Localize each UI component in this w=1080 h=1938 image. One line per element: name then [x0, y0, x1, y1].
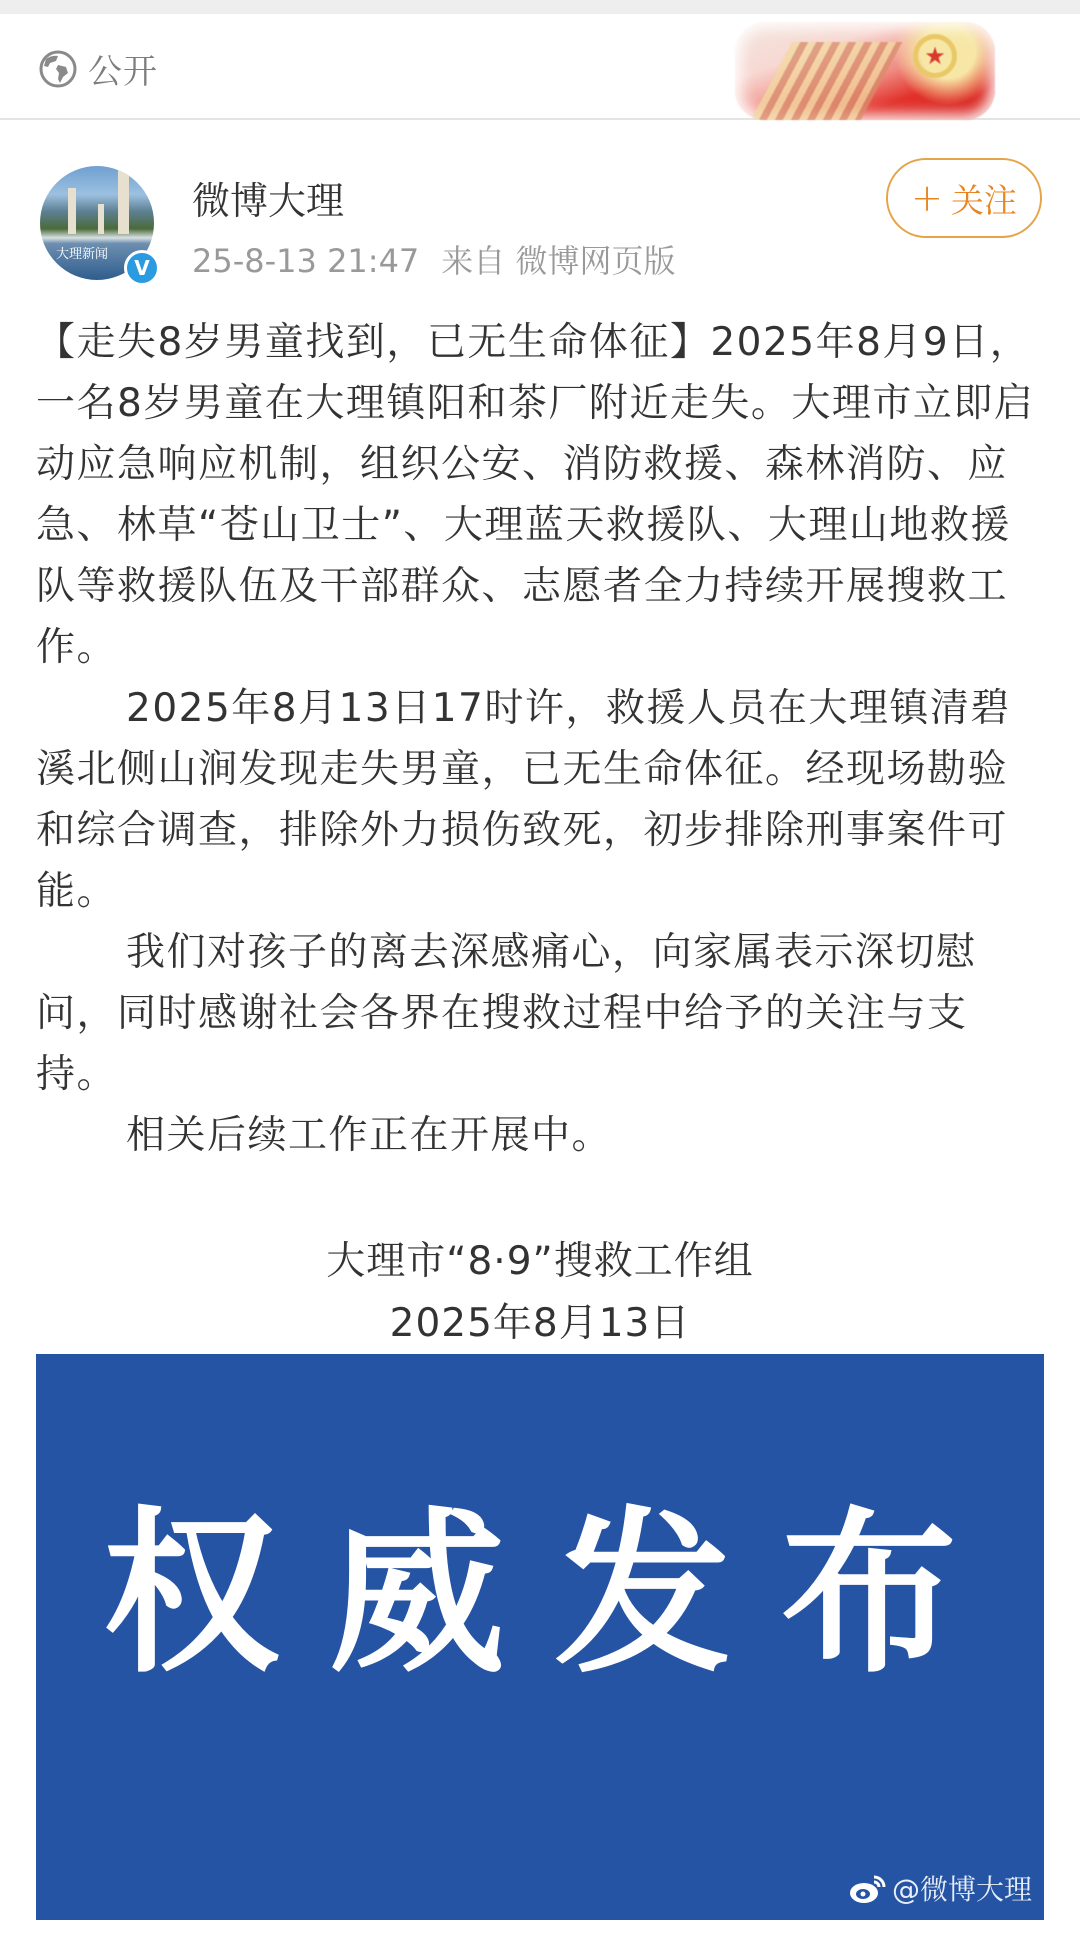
verified-badge-icon: V	[124, 250, 160, 286]
visibility-label: 公开	[88, 44, 158, 93]
pagoda-graphic	[118, 170, 129, 234]
image-title: 权威发布	[36, 1494, 1044, 1694]
top-strip	[0, 0, 1080, 14]
author-header: 大理新闻 V 微博大理 25-8-13 21:47来自 微博网页版 + 关注	[40, 166, 1040, 286]
watermark-text: @微博大理	[892, 1868, 1032, 1908]
emblem-star-icon: ★	[913, 34, 957, 78]
post-paragraph: 2025年8月13日17时许，救援人员在大理镇清碧溪北侧山涧发现走失男童，已无生…	[36, 678, 1046, 922]
post-paragraph: 相关后续工作正在开展中。	[36, 1105, 1046, 1166]
signoff-organization: 大理市“8·9”搜救工作组	[0, 1230, 1080, 1286]
post-image[interactable]: 权威发布 @微博大理	[36, 1354, 1044, 1920]
signoff-date: 2025年8月13日	[0, 1292, 1080, 1348]
globe-icon	[38, 49, 78, 89]
weibo-logo-icon	[848, 1871, 888, 1905]
author-name[interactable]: 微博大理	[192, 170, 344, 225]
pagoda-graphic	[98, 204, 104, 234]
image-watermark: @微博大理	[848, 1868, 1032, 1908]
visibility-indicator[interactable]: 公开	[38, 44, 158, 93]
post-source: 来自 微博网页版	[441, 242, 675, 280]
plus-icon: +	[911, 176, 943, 220]
post-timestamp: 25-8-13 21:47	[192, 242, 419, 280]
avatar-caption: 大理新闻	[56, 243, 108, 262]
post-paragraph: 我们对孩子的离去深感痛心，向家属表示深切慰问，同时感谢社会各界在搜救过程中给予的…	[36, 922, 1046, 1105]
follow-button[interactable]: + 关注	[886, 158, 1042, 238]
post-text: 【走失8岁男童找到，已无生命体征】2025年8月9日，一名8岁男童在大理镇阳和茶…	[36, 312, 1046, 1166]
post-meta: 25-8-13 21:47来自 微博网页版	[192, 236, 675, 282]
pagoda-graphic	[68, 188, 76, 234]
header-banner-image: ★	[735, 22, 995, 120]
building-graphic	[750, 42, 903, 120]
post-paragraph: 【走失8岁男童找到，已无生命体征】2025年8月9日，一名8岁男童在大理镇阳和茶…	[36, 312, 1046, 678]
follow-label: 关注	[951, 175, 1017, 222]
